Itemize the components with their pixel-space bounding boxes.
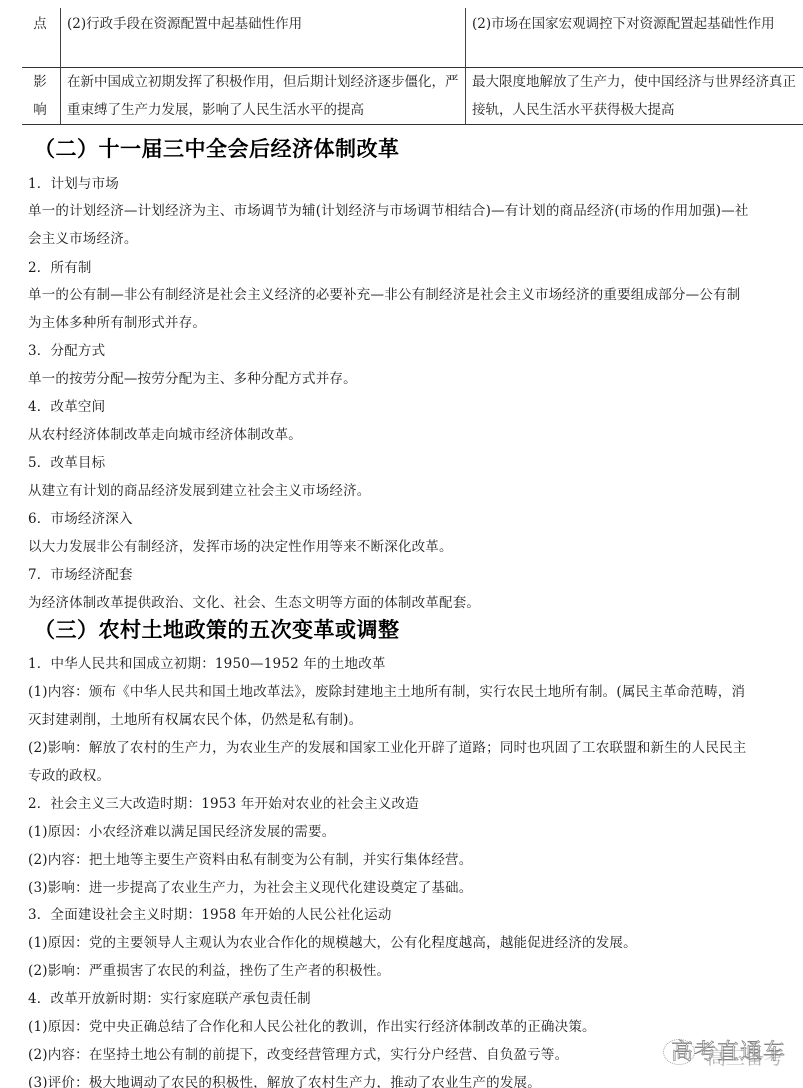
- subheading: 5．改革目标: [28, 451, 105, 471]
- table-row: 点 (2)行政手段在资源配置中起基础性作用 (2)市场在国家宏观调控下对资源配置…: [22, 8, 803, 68]
- subheading: 1．中华人民共和国成立初期：1950—1952 年的土地改革: [28, 652, 386, 672]
- paragraph-line: 灭封建剥削，土地所有权属农民个体，仍然是私有制)。: [28, 708, 362, 728]
- paragraph-line: (2)内容：在坚持土地公有制的前提下，改变经营管理方式，实行分户经营、自负盈亏等…: [28, 1043, 568, 1063]
- paragraph-line: 为经济体制改革提供政治、文化、社会、生态文明等方面的体制改革配套。: [28, 591, 480, 611]
- paragraph-line: (1)原因：党中央正确总结了合作化和人民公社化的教训，作出实行经济体制改革的正确…: [28, 1015, 596, 1035]
- paragraph-line: (1)原因：党的主要领导人主观认为农业合作化的规模越大，公有化程度越高，越能促进…: [28, 931, 637, 951]
- subheading: 3．分配方式: [28, 339, 105, 359]
- paragraph-line: 从农村经济体制改革走向城市经济体制改革。: [28, 423, 302, 443]
- paragraph-line: 会主义市场经济。: [28, 227, 138, 247]
- paragraph-line: (2)内容：把土地等主要生产资料由私有制变为公有制，并实行集体经营。: [28, 848, 472, 868]
- paragraph-line: 以大力发展非公有制经济，发挥市场的决定性作用等来不断深化改革。: [28, 535, 453, 555]
- comparison-table: 点 (2)行政手段在资源配置中起基础性作用 (2)市场在国家宏观调控下对资源配置…: [22, 8, 803, 125]
- subheading: 7．市场经济配套: [28, 563, 133, 583]
- paragraph-line: (2)影响：解放了农村的生产力，为农业生产的发展和国家工业化开辟了道路；同时也巩…: [28, 736, 746, 756]
- subheading: 4．改革开放新时期：实行家庭联产承包责任制: [28, 987, 311, 1007]
- paragraph-line: 为主体多种所有制形式并存。: [28, 311, 206, 331]
- subheading: 1．计划与市场: [28, 172, 119, 192]
- table-row: 影响 在新中国成立初期发挥了积极作用，但后期计划经济逐步僵化，严重束缚了生产力发…: [22, 68, 803, 125]
- paragraph-line: (2)影响：严重损害了农民的利益，挫伤了生产者的积极性。: [28, 959, 390, 979]
- paragraph-line: (3)评价：极大地调动了农民的积极性，解放了农村生产力，推动了农业生产的发展。: [28, 1071, 541, 1088]
- paragraph-line: 单一的按劳分配—按劳分配为主、多种分配方式并存。: [28, 367, 357, 387]
- subheading: 2．社会主义三大改造时期：1953 年开始对农业的社会主义改造: [28, 792, 419, 812]
- row-header: 点: [22, 8, 61, 68]
- paragraph-line: 从建立有计划的商品经济发展到建立社会主义市场经济。: [28, 479, 371, 499]
- section-heading-economic-reform: （二）十一届三中全会后经济体制改革: [34, 133, 400, 163]
- market-economy-cell: (2)市场在国家宏观调控下对资源配置起基础性作用: [466, 8, 803, 68]
- subheading: 2．所有制: [28, 256, 92, 276]
- watermark-text-secondary: 高三备考: [707, 1043, 783, 1070]
- paragraph-line: 单一的公有制—非公有制经济是社会主义经济的必要补充—非公有制经济是社会主义市场经…: [28, 283, 740, 303]
- subheading: 6．市场经济深入: [28, 507, 133, 527]
- paragraph-line: 专政的政权。: [28, 764, 110, 784]
- subheading: 3．全面建设社会主义时期：1958 年开始的人民公社化运动: [28, 903, 392, 923]
- row-header: 影响: [22, 68, 61, 125]
- section-heading-land-policy: （三）农村土地政策的五次变革或调整: [34, 614, 400, 644]
- planned-economy-cell: (2)行政手段在资源配置中起基础性作用: [61, 8, 466, 68]
- paragraph-line: 单一的计划经济—计划经济为主、市场调节为辅(计划经济与市场调节相结合)—有计划的…: [28, 199, 749, 219]
- planned-economy-cell: 在新中国成立初期发挥了积极作用，但后期计划经济逐步僵化，严重束缚了生产力发展，影…: [61, 68, 466, 125]
- paragraph-line: (1)原因：小农经济难以满足国民经济发展的需要。: [28, 820, 335, 840]
- paragraph-line: (1)内容：颁布《中华人民共和国土地改革法》，废除封建地主土地所有制，实行农民土…: [28, 680, 745, 700]
- paragraph-line: (3)影响：进一步提高了农业生产力，为社会主义现代化建设奠定了基础。: [28, 876, 472, 896]
- subheading: 4．改革空间: [28, 395, 105, 415]
- watermark: 高考直通车 高三备考: [663, 1035, 793, 1071]
- market-economy-cell: 最大限度地解放了生产力，使中国经济与世界经济真正接轨，人民生活水平获得极大提高: [466, 68, 803, 125]
